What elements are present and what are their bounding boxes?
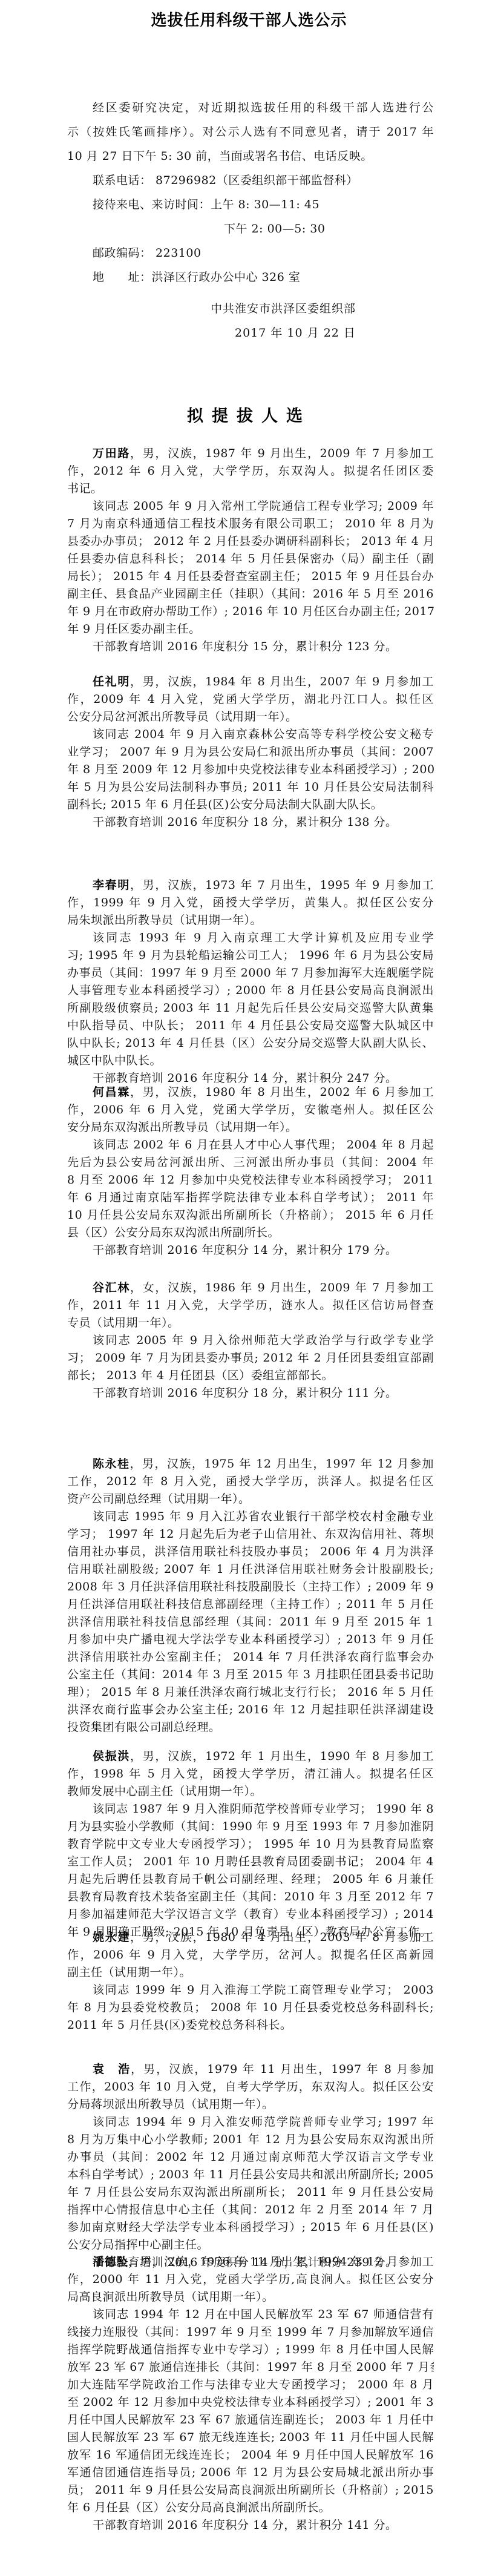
- candidate-summary-line: 作，2006 年 9 月入党，大学学历，岔河人。拟提名任区高新园: [67, 1946, 434, 1964]
- candidate-summary-line: 作，1999 年 9 月入党，函授大学学历，黄集人。拟任区公安分: [67, 894, 434, 912]
- candidate-name: 万田路: [93, 447, 130, 460]
- candidate-resume-line: 月任洪泽信用联社科技信息部副经理（主持工作）; 2011 年 5 月任: [67, 1596, 434, 1613]
- candidate-summary-line: 专员（试用期一年）。: [67, 1314, 434, 1332]
- candidate-resume-line: 指挥中心情报信息中心主任（其间：2012 年 2 月至 2014 年 7 月: [67, 2201, 434, 2219]
- candidate-resume-line: 月为县实验小学教师（其间：1990 年 9 月至 1993 年 7 月参加淮阴: [67, 1818, 434, 1836]
- reception-hours-am: 接待来电、来访时间：上午 8: 30—11: 45: [67, 193, 434, 217]
- candidate-resume-line: 习； 2009 年 7 月为团县委办事员; 2012 年 2 月任团县委组宣部副: [67, 1349, 434, 1367]
- candidate-summary-first-line: 任礼明，男，汉族，1984 年 8 月出生，2007 年 9 月参加工: [67, 673, 434, 691]
- candidate-summary-line: 作，2000 年 11 月入党，党函大学学历,高良涧人。拟任区公安分: [67, 2271, 434, 2288]
- candidate-summary-text: ，男，汉族，1980 年 8 月出生，2002 年 6 月参加工: [130, 1085, 434, 1099]
- candidate-summary-first-line: 万田路，男，汉族，1987 年 9 月出生，2009 年 7 月参加工: [67, 445, 434, 463]
- candidate-resume-line: 该同志 1987 年 9 月入淮阴师范学校普师专业学习； 1990 年 8: [67, 1800, 434, 1818]
- candidate-entry: 谷汇林，女，汉族，1986 年 9 月出生，2009 年 7 月参加工作，201…: [67, 1279, 434, 1402]
- candidate-name: 谷汇林: [93, 1281, 130, 1294]
- candidate-summary-text: ，男，汉族，1980 年 4 月出生，2003 年 8 月参加工: [130, 1931, 434, 1944]
- candidate-resume-line: 年 8 月为县委党校教员； 2008 年 10 月任县委党校总务科副科长;: [67, 1999, 434, 2017]
- candidate-summary-text: ，男，汉族，1987 年 9 月出生，2009 年 7 月参加工: [130, 447, 434, 460]
- candidate-resume-line: 队中队长; 2013 年 4 月任县（区）公安分局交巡警大队副大队长、: [67, 1035, 434, 1052]
- candidate-name: 何昌霖: [93, 1085, 130, 1099]
- candidate-summary-first-line: 姚永建，男，汉族，1980 年 4 月出生，2003 年 8 月参加工: [67, 1929, 434, 1946]
- candidate-entry: 袁 浩，男，汉族，1979 年 11 月出生，1997 年 8 月参加工作，20…: [67, 2061, 434, 2271]
- candidate-name: 任礼明: [93, 675, 130, 688]
- signature-date: 2017 年 10 月 22 日: [235, 321, 356, 345]
- candidate-entry: 陈永桂，男，汉族，1975 年 12 月出生，1997 年 12 月参加工作，2…: [67, 1455, 434, 1736]
- candidate-resume-line: 该同志 2005 年 9 月入常州工学院通信工程专业学习; 2009 年: [67, 498, 434, 515]
- candidate-name: 潘德坠: [93, 2255, 128, 2268]
- candidate-resume-line: 月起先后聘任县教育局千帆公司副经理、经理； 2005 年 6 月兼任: [67, 1871, 434, 1888]
- candidate-resume-line: 教育学院中文专业大专函授学习）； 1995 年 10 月为县教育局监察: [67, 1836, 434, 1853]
- candidate-training-score: 干部教育培训 2016 年度积分 18 分，累计积分 111 分。: [67, 1385, 434, 1402]
- candidate-resume-line: 该同志 1999 年 9 月入淮海工学院工商管理专业学习； 2003: [67, 1981, 434, 1999]
- candidate-summary-text: ，男，汉族，1975 年 12 月出生，1997 年 12 月参加: [129, 1457, 434, 1471]
- candidate-summary-line: 教师发展中心副主任（试用期一年）。: [67, 1783, 434, 1800]
- candidate-summary-text: ，男，汉族，1979 年 11 月出生，1997 年 8 月参加: [131, 2063, 434, 2076]
- candidate-resume-line: 年 6 月任县（区）公安分局高良涧派出所副所长。: [67, 2499, 434, 2517]
- candidate-entry: 李春明，男，汉族，1973 年 7 月出生，1995 年 9 月参加工作，199…: [67, 877, 434, 1087]
- intro-block: 经区委研究决定，对近期拟选拔任用的科级干部人选进行公 示（按姓氏笔画排序）。对公…: [67, 96, 434, 289]
- candidate-summary-line: 工作，2012 年 8 月入党，函授大学学历，洪泽人。拟提名任区: [67, 1473, 434, 1491]
- candidate-training-score: 干部教育培训 2016 年度积分 15 分，累计积分 123 分。: [67, 638, 434, 656]
- candidate-training-score: 干部教育培训 2016 年度积分 14 分，累计积分 179 分。: [67, 1242, 434, 1259]
- candidate-resume-line: 办事员（其间：1997 年 9 月至 2000 年 7 月参加海军大连舰艇学院: [67, 964, 434, 982]
- candidate-resume-line: 月任中国人民解放军 23 军 67 旅通信连副连长； 2003 年 1 月任中: [67, 2411, 434, 2429]
- candidate-resume-line: 业学习； 2007 年 9 月为县公安局仁和派出所办事员（其间：2007: [67, 743, 434, 761]
- address: 地 址：洪泽区行政办公中心 326 室: [67, 265, 434, 289]
- candidate-resume-line: 年 7 月任县公安局东双沟派出所副所长； 2011 年 9 月任县公安局: [67, 2184, 434, 2201]
- candidate-name: 姚永建: [93, 1931, 130, 1944]
- intro-line: 示（按姓氏笔画排序）。对公示人选有不同意见者，请于 2017 年: [67, 120, 434, 144]
- candidate-summary-line: 局朱坝派出所教导员（试用期一年）。: [67, 912, 434, 929]
- signature-org: 中共淮安市洪泽区委组织部: [211, 297, 356, 321]
- candidate-summary-text: ，男，汉族，1973 年 7 月出生，1995 年 9 月参加工: [130, 878, 434, 892]
- candidate-resume-line: 该同志 2005 年 9 月入徐州师范大学政治学与行政学专业学: [67, 1332, 434, 1349]
- candidate-resume-line: 年 9 月在市政府办帮助工作）; 2016 年 10 月任区台办副主任; 201…: [67, 603, 434, 621]
- candidate-summary-line: 工作，2003 年 10 月入党，自考大学学历，东双沟人。拟任区公安: [67, 2078, 434, 2096]
- candidate-resume-line: 年 5 月为县公安局法制科办事员; 2011 年 10 月任县公安局法制科: [67, 779, 434, 796]
- candidate-resume-line: 所副股级侦察员; 2003 年 11 月起先后任县公安局交巡警大队黄集: [67, 1000, 434, 1017]
- intro-line: 10 月 27 日下午 5: 30 前，当面或署名书信、电话反映。: [67, 144, 434, 168]
- candidate-summary-line: 作，2011 年 11 月入党，大学学历，涟水人。拟任区信访局督查: [67, 1297, 434, 1314]
- candidate-resume-line: 室工作人员； 2001 年 10 月聘任县教育局团委副书记； 2004 年 4: [67, 1853, 434, 1871]
- candidate-resume-line: 理）； 2015 年 8 月兼任洪泽农商行城北支行行长； 2016 年 5 月任: [67, 1684, 434, 1701]
- candidate-resume-line: 先后为县公安局岔河派出所、三河派出所办事员（其间：2004 年: [67, 1154, 434, 1171]
- candidate-resume-line: 国人民解放军 23 军 67 旅无线连连长; 2003 年 11 月任中国人民解: [67, 2429, 434, 2446]
- candidate-name: 陈永桂: [93, 1457, 129, 1471]
- candidate-summary-text: ，男，汉族，1972 年 1 月出生，1990 年 8 月参加工: [130, 1750, 434, 1763]
- reception-hours-pm: 下午 2: 00—5: 30: [67, 217, 434, 241]
- candidate-resume-line: 加大连陆军学院政治工作与法律专业大专函授学习； 2000 年 8 月: [67, 2376, 434, 2394]
- candidate-resume-line: 该同志 1994 年 9 月入淮安师范学院普师专业学习; 1997 年: [67, 2113, 434, 2131]
- candidate-resume-line: 该同志 1994 年 12 月在中国人民解放军 23 军 67 师通信营有: [67, 2306, 434, 2324]
- candidate-resume-line: 副科长; 2015 年 6 月任县(区)公安分局法制大队副大队长。: [67, 796, 434, 814]
- candidate-summary-first-line: 潘德坠，男，汉族，1976 年 11 月出生，1994 年 12 月参加工: [67, 2253, 434, 2271]
- candidate-resume-line: 月参加福建师范大学汉语言文学（教育）专业本科函授学习）; 2014: [67, 1906, 434, 1923]
- candidate-entry: 万田路，男，汉族，1987 年 9 月出生，2009 年 7 月参加工作，201…: [67, 445, 434, 656]
- candidate-entry: 何昌霖，男，汉族，1980 年 8 月出生，2002 年 6 月参加工作，200…: [67, 1084, 434, 1259]
- section-title: 拟提拔人选: [0, 404, 498, 429]
- candidate-resume-line: 城区中队中队长。: [67, 1052, 434, 1070]
- candidate-training-score: 干部教育培训 2016 年度积分 14 分，累计积分 141 分。: [67, 2517, 434, 2534]
- candidate-resume-line: 指挥学院野战通信指挥专业中专学习）; 1999 年 8 月任中国人民解: [67, 2341, 434, 2359]
- candidate-summary-text: ，男，汉族，1976 年 11 月出生，1994 年 12 月参加工: [128, 2255, 434, 2268]
- candidate-resume-line: 年 9 月任区委办副主任。: [67, 621, 434, 638]
- candidate-resume-line: 参加南京财经大学法学专业本科函授学习）; 2015 年 6 月任县(区): [67, 2219, 434, 2236]
- candidate-resume-line: 该同志 1995 年 9 月入江苏省农业银行干部学校农村金融专业: [67, 1508, 434, 1526]
- candidate-summary-text: ，女，汉族，1986 年 9 月出生，2009 年 7 月参加工: [130, 1281, 434, 1294]
- candidate-summary-line: 公安分局岔河派出所教导员（试用期一年）。: [67, 708, 434, 726]
- candidate-summary-line: 作，1998 年 5 月入党，函授大学学历，清江浦人。拟提名任区: [67, 1765, 434, 1783]
- candidate-name: 李春明: [93, 878, 130, 892]
- candidate-resume-line: 至 2002 年 12 月参加中央党校法律专业本科函授学习）; 2001 年 3: [67, 2394, 434, 2411]
- candidate-resume-line: 习; 1995 年 9 月为县轮船运输公司工人； 1996 年 6 月为县公安局: [67, 947, 434, 964]
- contact-phone: 联系电话： 87296982（区委组织部干部监督科）: [67, 168, 434, 193]
- candidate-training-score: 干部教育培训 2016 年度积分 18 分，累计积分 138 分。: [67, 814, 434, 831]
- candidate-entry: 侯振洪，男，汉族，1972 年 1 月出生，1990 年 8 月参加工作，199…: [67, 1748, 434, 1941]
- document-page: 选拔任用科级干部人选公示 经区委研究决定，对近期拟选拔任用的科级干部人选进行公 …: [0, 0, 498, 2576]
- candidate-entry: 姚永建，男，汉族，1980 年 4 月出生，2003 年 8 月参加工作，200…: [67, 1929, 434, 2034]
- candidate-resume-line: 7 月为南京科通通信工程技术服务有限公司职工； 2010 年 8 月为: [67, 515, 434, 533]
- candidate-resume-line: 本科自学考试）; 2003 年 11 月任县公安局共和派出所副所长; 2005: [67, 2166, 434, 2184]
- candidate-summary-line: 作，2012 年 6 月入党，大学学历，东双沟人。拟提名任团区委: [67, 463, 434, 480]
- candidate-summary-text: ，男，汉族，1984 年 8 月出生，2007 年 9 月参加工: [130, 675, 434, 688]
- candidate-summary-first-line: 陈永桂，男，汉族，1975 年 12 月出生，1997 年 12 月参加: [67, 1455, 434, 1473]
- candidate-summary-line: 资产公司副总经理（试用期一年）。: [67, 1491, 434, 1508]
- candidate-resume-line: 该同志 2002 年 6 月在县人才中心人事代理； 2004 年 8 月起: [67, 1136, 434, 1154]
- candidate-resume-line: 洪泽信用联社科技信息部经理（其间：2011 年 9 月至 2015 年 1: [67, 1613, 434, 1631]
- candidate-summary-line: 书记。: [67, 480, 434, 498]
- candidate-summary-line: 安分局东双沟派出所教导员（试用期一年）。: [67, 1119, 434, 1136]
- candidate-resume-line: 员； 2011 年 9 月任县公安局高良涧派出所副所长（升格前）; 2015: [67, 2482, 434, 2499]
- candidate-name: 侯振洪: [93, 1750, 130, 1763]
- candidate-summary-first-line: 侯振洪，男，汉族，1972 年 1 月出生，1990 年 8 月参加工: [67, 1748, 434, 1765]
- candidate-summary-line: 作，2009 年 4 月入党，党函大学学历，湖北丹江口人。拟任区: [67, 691, 434, 708]
- candidate-summary-line: 副主任（试用期一年）。: [67, 1964, 434, 1981]
- candidate-resume-line: 任县委办信息科科长； 2014 年 5 月任县保密办（局）副主任（副: [67, 550, 434, 568]
- candidate-summary-first-line: 谷汇林，女，汉族，1986 年 9 月出生，2009 年 7 月参加工: [67, 1279, 434, 1297]
- candidate-resume-line: 公安分局指挥中心副主任。: [67, 2236, 434, 2254]
- candidate-summary-line: 作，2006 年 6 月入党，党函大学学历，安徽亳州人。拟任区公: [67, 1101, 434, 1119]
- candidate-resume-line: 县（区）公安分局东双沟派出所副所长。: [67, 1224, 434, 1242]
- candidate-resume-line: 办事员（其间：2002 年 12 月通过南京师范大学汉语言文学专业: [67, 2149, 434, 2166]
- candidate-resume-line: 8 月为万集中心小学教师; 2001 年 12 月为县公安局东双沟派出所: [67, 2131, 434, 2149]
- candidate-resume-line: 县委办办事员； 2012 年 2 月任县委办调研科副科长； 2013 年 4 月: [67, 533, 434, 550]
- candidate-summary-first-line: 何昌霖，男，汉族，1980 年 8 月出生，2002 年 6 月参加工: [67, 1084, 434, 1101]
- candidate-resume-line: 中队指导员、中队长； 2011 年 4 月任县公安局交巡警大队城区中: [67, 1017, 434, 1035]
- candidate-resume-line: 年 8 月至 2009 年 12 月参加中央党校法律专业本科函授学习）; 200…: [67, 761, 434, 779]
- candidate-resume-line: 放军 23 军 67 旅通信连排长（其间：1997 年 8 月至 2000 年 …: [67, 2359, 434, 2376]
- candidate-resume-line: 放军 16 军通信团无线连连长； 2004 年 9 月任中国人民解放军 16: [67, 2446, 434, 2464]
- candidate-entry: 潘德坠，男，汉族，1976 年 11 月出生，1994 年 12 月参加工作，2…: [67, 2253, 434, 2534]
- intro-line: 经区委研究决定，对近期拟选拔任用的科级干部人选进行公: [67, 96, 434, 120]
- candidate-resume-line: 局长）； 2015 年 4 月任县委督查室副主任； 2015 年 9 月任县台办: [67, 568, 434, 585]
- candidate-resume-line: 副主任、县食品产业园副主任（挂职）（其间：2016 年 5 月至 2016: [67, 585, 434, 603]
- candidate-resume-line: 月参加中央广播电视大学法学专业本科函授学习）; 2013 年 9 月任: [67, 1631, 434, 1649]
- candidate-name: 袁 浩: [93, 2063, 131, 2076]
- candidate-summary-first-line: 李春明，男，汉族，1973 年 7 月出生，1995 年 9 月参加工: [67, 877, 434, 894]
- candidate-resume-line: 2008 年 3 月任洪泽信用联社科技股副股长（主持工作）; 2009 年 9: [67, 1578, 434, 1596]
- candidate-resume-line: 2011 年 5 月任县(区)委党校总务科科长。: [67, 2017, 434, 2034]
- candidate-resume-line: 人事管理专业本科函授学习）; 2000 年 8 月任县公安局高良涧派出: [67, 982, 434, 1000]
- candidate-resume-line: 部长； 2013 年 4 月任团县（区）委组宣部部长。: [67, 1367, 434, 1385]
- candidate-resume-line: 10 月任县公安局东双沟派出所副所长（升格前）； 2015 年 6 月任: [67, 1207, 434, 1224]
- candidate-resume-line: 年 6 月通过南京陆军指挥学院法律专业本科自学考试）； 2011 年: [67, 1189, 434, 1207]
- candidate-entry: 任礼明，男，汉族，1984 年 8 月出生，2007 年 9 月参加工作，200…: [67, 673, 434, 831]
- postcode: 邮政编码： 223100: [67, 241, 434, 265]
- candidate-resume-line: 8 月至 2006 年 12 月参加中央党校法律专业本科函授学习； 2011: [67, 1171, 434, 1189]
- candidate-resume-line: 公室主任（其间：2014 年 3 月至 2015 年 3 月挂职任团县委书记助: [67, 1666, 434, 1684]
- candidate-resume-line: 洪泽信用联社办公室副主任； 2014 年 7 月任洪泽农商行监事会办: [67, 1649, 434, 1666]
- candidate-resume-line: 信用联社副股级; 2007 年 1 月任洪泽信用联社财务会计股副股长;: [67, 1561, 434, 1578]
- page-title: 选拔任用科级干部人选公示: [0, 8, 498, 33]
- candidate-resume-line: 投资集团有限公司副总经理。: [67, 1719, 434, 1736]
- candidate-resume-line: 线接力连服役（其间：1997 年 9 月至 1999 年 7 月参加解放军通信: [67, 2324, 434, 2341]
- candidate-resume-line: 该同志 1993 年 9 月入南京理工大学计算机及应用专业学: [67, 929, 434, 947]
- candidate-resume-line: 信用社办事员，洪泽信用联社科技股办事员； 2006 年 4 月为洪泽: [67, 1543, 434, 1561]
- candidate-summary-first-line: 袁 浩，男，汉族，1979 年 11 月出生，1997 年 8 月参加: [67, 2061, 434, 2078]
- candidate-resume-line: 学习； 1997 年 12 月起先后为老子山信用社、东双沟信用社、蒋坝: [67, 1526, 434, 1543]
- candidate-summary-line: 分局蒋坝派出所教导员（试用期一年）。: [67, 2096, 434, 2113]
- candidate-resume-line: 该同志 2004 年 9 月入南京森林公安高等专科学校公安文秘专: [67, 726, 434, 743]
- candidate-summary-line: 局高良涧派出所教导员（试用期一年）。: [67, 2288, 434, 2306]
- candidate-resume-line: 县教育局教育技术装备室副主任（其间：2010 年 3 月至 2012 年 7: [67, 1888, 434, 1906]
- candidate-resume-line: 军通信团通信连指导员; 2006 年 12 月为县公安局城北派出所办事: [67, 2464, 434, 2482]
- candidate-resume-line: 洪泽农商行监事会办公室主任; 2016 年 12 月起挂职任洪泽湖建设: [67, 1701, 434, 1719]
